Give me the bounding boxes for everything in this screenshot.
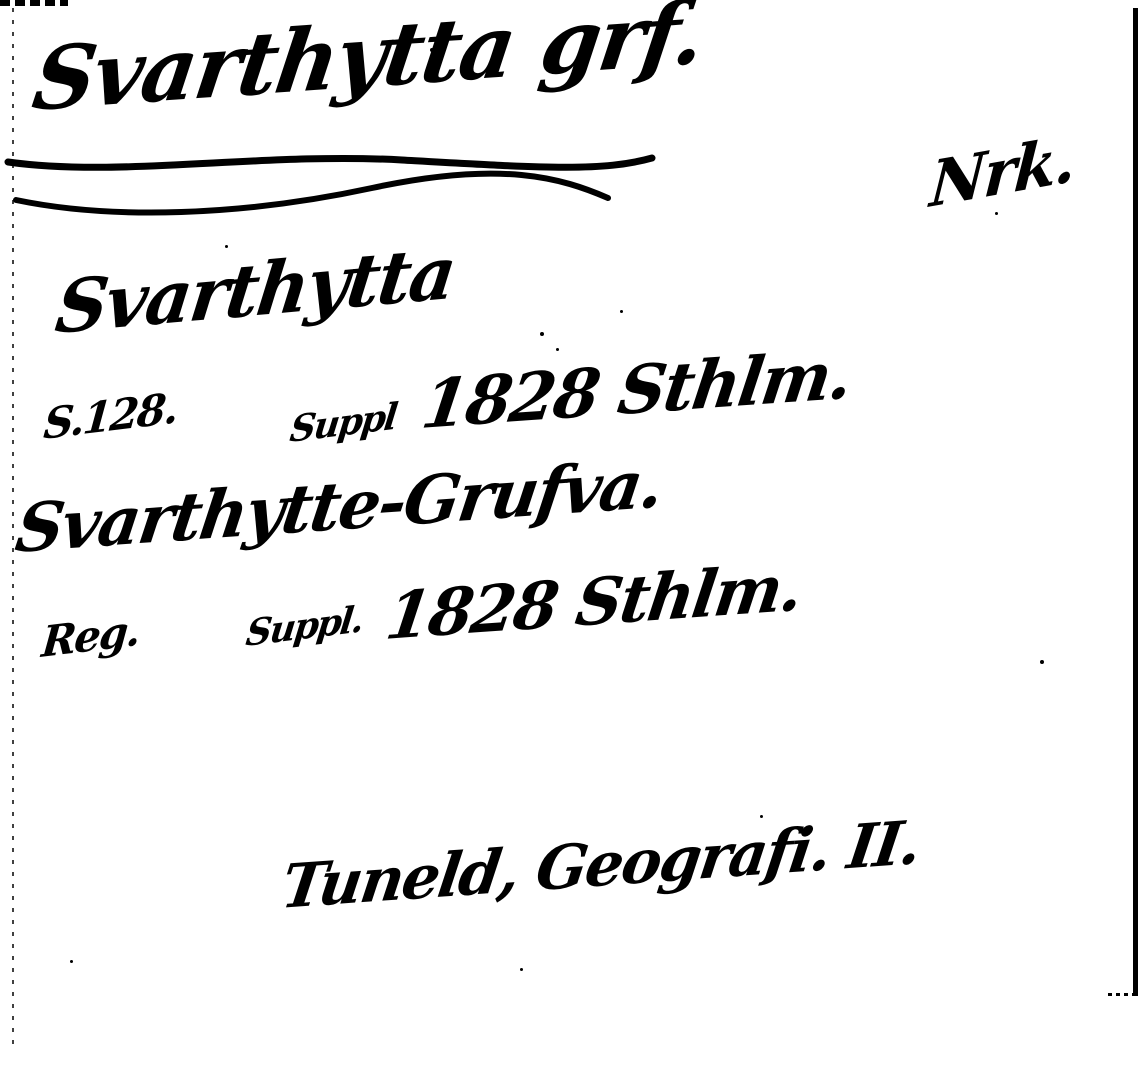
noise-speck (225, 245, 228, 248)
entry-title: Svarthytte-Grufva. (12, 450, 666, 562)
entry-imprint: 1828 Sthlm. (382, 556, 805, 650)
catalog-card: Svarthytta grf. Nrk. Svarthytta S.128. S… (0, 0, 1142, 1071)
entry-suppl-note: Suppl. (244, 601, 364, 652)
entry-title: Svarthytta (52, 236, 458, 344)
province-label: Nrk. (928, 128, 1076, 217)
noise-speck (556, 348, 559, 351)
heading-underline (2, 138, 682, 238)
scan-edge-bottom (1108, 993, 1134, 996)
noise-speck (1040, 660, 1044, 664)
scan-edge-top (0, 0, 68, 6)
entry-page-ref: Reg. (40, 609, 141, 664)
entry-suppl-note: Suppl (288, 398, 398, 448)
scan-edge-right (1133, 8, 1138, 996)
noise-speck (760, 815, 763, 818)
card-heading: Svarthytta grf. (28, 0, 708, 124)
noise-speck (70, 960, 73, 963)
source-citation: Tuneld, Geografi. II. (278, 813, 923, 918)
entry-page-ref: S.128. (42, 387, 178, 446)
noise-speck (540, 332, 544, 336)
entry-imprint: 1828 Sthlm. (418, 341, 855, 438)
noise-speck (995, 212, 998, 215)
noise-speck (430, 48, 434, 52)
noise-speck (620, 310, 623, 313)
noise-speck (520, 968, 523, 971)
